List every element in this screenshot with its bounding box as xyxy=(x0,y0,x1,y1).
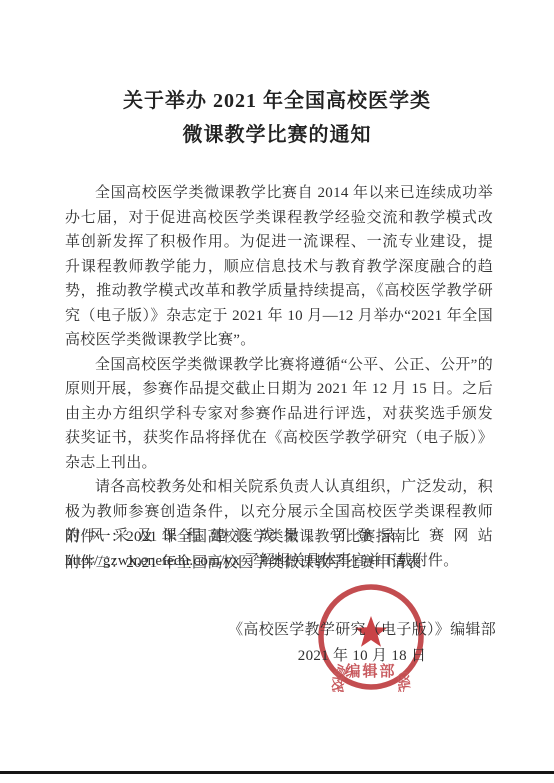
paragraph-rules: 全国高校医学类微课教学比赛将遵循“公平、公正、公开”的原则开展，参赛作品提交截止… xyxy=(65,353,493,476)
document-title-line1: 关于举办 2021 年全国高校医学类 xyxy=(0,84,554,118)
page-bottom-divider xyxy=(0,771,554,774)
notice-document: 关于举办 2021 年全国高校医学类 微课教学比赛的通知 全国高校医学类微课教学… xyxy=(0,0,554,783)
attachment-2-label: 附件二：2021 年全国高校医学类微课教学比赛申请表 xyxy=(65,550,505,576)
signature-block: 《高校医学教学研究（电子版）》编辑部 2021 年 10 月 18 日 xyxy=(228,617,496,669)
document-title: 关于举办 2021 年全国高校医学类 微课教学比赛的通知 xyxy=(0,84,554,152)
paragraph-intro: 全国高校医学类微课教学比赛自 2014 年以来已连续成功举办七届，对于促进高校医… xyxy=(65,181,493,353)
signature-date: 2021 年 10 月 18 日 xyxy=(228,643,496,669)
attachments-list: 附件一：2021 年全国高校医学类微课教学比赛指南 附件二：2021 年全国高校… xyxy=(65,524,505,576)
attachment-1-label: 附件一：2021 年全国高校医学类微课教学比赛指南 xyxy=(65,524,505,550)
signature-organization: 《高校医学教学研究（电子版）》编辑部 xyxy=(228,617,496,643)
document-title-line2: 微课教学比赛的通知 xyxy=(0,118,554,152)
document-body: 全国高校医学类微课教学比赛自 2014 年以来已连续成功举办七届，对于促进高校医… xyxy=(65,181,493,573)
